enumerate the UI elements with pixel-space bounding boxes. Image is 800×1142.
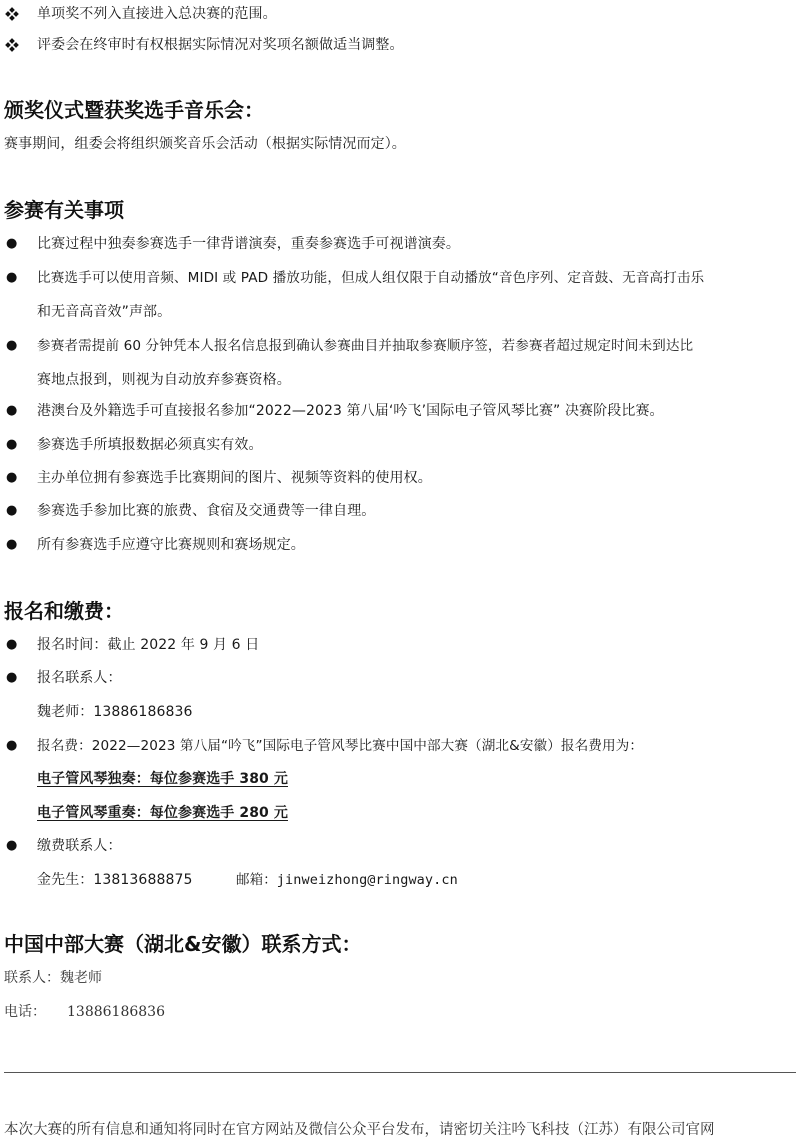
awards-note-text: 评委会在终审时有权根据实际情况对奖项名额做适当调整。: [37, 35, 404, 55]
regional-contact-phone-label: 电话：: [4, 1002, 46, 1022]
registration-deadline: 报名时间：截止 2022 年 9 月 6 日: [37, 635, 259, 655]
awards-note-text: 单项奖不列入直接进入总决赛的范围。: [37, 4, 277, 24]
participation-item-text: 参赛者需提前 60 分钟凭本人报名信息报到确认参赛曲目并抽取参赛顺序签，若参赛者…: [37, 336, 693, 356]
participation-item-text: 比赛过程中独奏参赛选手一律背谱演奏，重奏参赛选手可视谱演奏。: [37, 234, 460, 254]
ceremony-heading: 颁奖仪式暨获奖选手音乐会：: [4, 97, 264, 123]
bullet-icon: ●: [6, 234, 17, 254]
bullet-icon: ●: [6, 836, 17, 856]
awards-note-item: 单项奖不列入直接进入总决赛的范围。: [0, 4, 800, 24]
payment-contact-email[interactable]: 邮箱：jinweizhong@ringway.cn: [236, 870, 458, 890]
fee-ensemble: 电子管风琴重奏：每位参赛选手 280 元: [37, 803, 288, 823]
registration-contact-label: 报名联系人：: [37, 668, 122, 688]
participation-item-text: 比赛选手可以使用音频、MIDI 或 PAD 播放功能，但成人组仅限于自动播放“音…: [37, 268, 704, 288]
payment-contact-name: 金先生：13813688875: [37, 870, 192, 890]
bullet-icon: ●: [6, 501, 17, 521]
participation-item-text: 港澳台及外籍选手可直接报名参加“2022—2023 第八届‘吟飞’国际电子管风琴…: [37, 401, 664, 421]
regional-contact-heading: 中国中部大赛（湖北&安徽）联系方式：: [4, 931, 361, 957]
horizontal-divider: [4, 1072, 796, 1073]
participation-heading: 参赛有关事项: [4, 197, 124, 223]
registration-heading: 报名和缴费：: [4, 598, 124, 624]
diamond-bullet-icon: [6, 4, 18, 24]
footer-notice: 本次大赛的所有信息和通知将同时在官方网站及微信公众平台发布，请密切关注吟飞科技（…: [4, 1118, 715, 1139]
registration-fee-intro: 报名费：2022—2023 第八届“吟飞”国际电子管风琴比赛中国中部大赛（湖北&…: [37, 736, 643, 756]
ceremony-text: 赛事期间，组委会将组织颁奖音乐会活动（根据实际情况而定）。: [4, 134, 406, 154]
bullet-icon: ●: [6, 336, 17, 356]
participation-item-text: 参赛选手所填报数据必须真实有效。: [37, 435, 263, 455]
participation-item-text-cont: 赛地点报到，则视为自动放弃参赛资格。: [37, 370, 291, 390]
bullet-icon: ●: [6, 268, 17, 288]
participation-item-text: 主办单位拥有参赛选手比赛期间的图片、视频等资料的使用权。: [37, 468, 432, 488]
registration-contact-value: 魏老师：13886186836: [37, 702, 192, 722]
bullet-icon: ●: [6, 401, 17, 421]
bullet-icon: ●: [6, 535, 17, 555]
bullet-icon: ●: [6, 736, 17, 756]
participation-item-text-cont: 和无音高音效”声部。: [37, 302, 171, 322]
payment-contact-label: 缴费联系人：: [37, 836, 122, 856]
participation-item-text: 参赛选手参加比赛的旅费、食宿及交通费等一律自理。: [37, 501, 375, 521]
fee-solo: 电子管风琴独奏：每位参赛选手 380 元: [37, 769, 288, 789]
bullet-icon: ●: [6, 635, 17, 655]
bullet-icon: ●: [6, 668, 17, 688]
bullet-icon: ●: [6, 468, 17, 488]
regional-contact-phone-value: 13886186836: [67, 1002, 165, 1022]
diamond-bullet-icon: [6, 35, 18, 55]
bullet-icon: ●: [6, 435, 17, 455]
participation-item-text: 所有参赛选手应遵守比赛规则和赛场规定。: [37, 535, 305, 555]
awards-note-item: 评委会在终审时有权根据实际情况对奖项名额做适当调整。: [0, 35, 800, 55]
regional-contact-person: 联系人：魏老师: [4, 968, 102, 988]
